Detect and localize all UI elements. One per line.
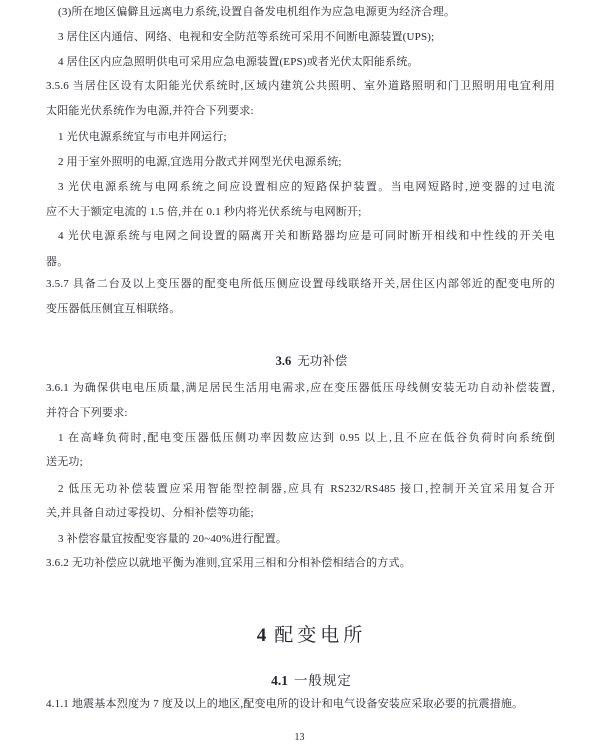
clause-4-1-1-line: 4.1.1 地震基本烈度为 7 度及以上的地区,配变电所的设计和电气设备安装应采… [46,697,555,711]
clause-3-5-6-line: 太阳能光伏系统作为电源,并符合下列要求: [46,104,555,118]
clause-3-6-1-line: 并符合下列要求: [46,406,555,420]
list-item-line: 送无功; [46,455,555,469]
section-heading-3-6: 3.6无功补偿 [46,353,563,369]
section-number: 3.6 [276,354,292,368]
chapter-heading-4: 4配变电所 [46,624,563,647]
page-number: 13 [0,732,599,744]
list-item-line: 1 光伏电源系统宜与市电并网运行; [58,130,555,144]
paragraph-line: 3 居住区内通信、网络、电视和安全防范等系统可采用不间断电源装置(UPS); [58,30,555,44]
section-number: 4.1 [271,673,288,688]
list-item-line: 应不大于额定电流的 1.5 倍,并在 0.1 秒内将光伏系统与电网断开; [46,205,555,219]
list-item-line: 关,并具备自动过零投切、分相补偿等功能; [46,506,555,520]
list-item-line: 3 补偿容量宜按配变容量的 20~40%进行配置。 [58,532,555,546]
clause-3-6-1-line: 3.6.1 为确保供电电压质量,满足居民生活用电需求,应在变压器低压母线侧安装无… [46,381,555,395]
list-item-line: 1 在高峰负荷时,配电变压器低压侧功率因数应达到 0.95 以上,且不应在低谷负… [58,431,555,445]
chapter-number: 4 [257,625,267,646]
clause-3-5-6-line: 3.5.6 当居住区设有太阳能光伏系统时,区域内建筑公共照明、室外道路照明和门卫… [46,79,555,93]
chapter-title: 配变电所 [274,625,366,646]
list-item-line: 器。 [46,255,555,269]
section-heading-4-1: 4.1一般规定 [46,672,563,689]
paragraph-line: 4 居住区内应急照明供电可采用应急电源装置(EPS)或者光伏太阳能系统。 [58,55,555,69]
section-title: 一般规定 [294,673,352,688]
clause-3-5-7-line: 变压器低压侧宜互相联络。 [46,302,555,316]
section-title: 无功补偿 [297,354,347,368]
clause-3-6-2-line: 3.6.2 无功补偿应以就地平衡为准则,宜采用三相和分相补偿相结合的方式。 [46,556,555,570]
document-page: (3)所在地区偏僻且远离电力系统,设置自备发电机组作为应急电源更为经济合理。 3… [0,0,599,754]
list-item-line: 2 低压无功补偿装置应采用智能型控制器,应具有 RS232/RS485 接口,控… [58,482,555,496]
clause-3-5-7-line: 3.5.7 具备二台及以上变压器的配变电所低压侧应设置母线联络开关,居住区内部邻… [46,277,555,291]
list-item-line: 3 光伏电源系统与电网系统之间应设置相应的短路保护装置。当电网短路时,逆变器的过… [58,180,555,194]
list-item-line: 2 用于室外照明的电源,宜选用分散式并网型光伏电源系统; [58,155,555,169]
paragraph-line: (3)所在地区偏僻且远离电力系统,设置自备发电机组作为应急电源更为经济合理。 [58,5,555,19]
list-item-line: 4 光伏电源系统与电网之间设置的隔离开关和断路器均应是可同时断开相线和中性线的开… [58,229,555,243]
